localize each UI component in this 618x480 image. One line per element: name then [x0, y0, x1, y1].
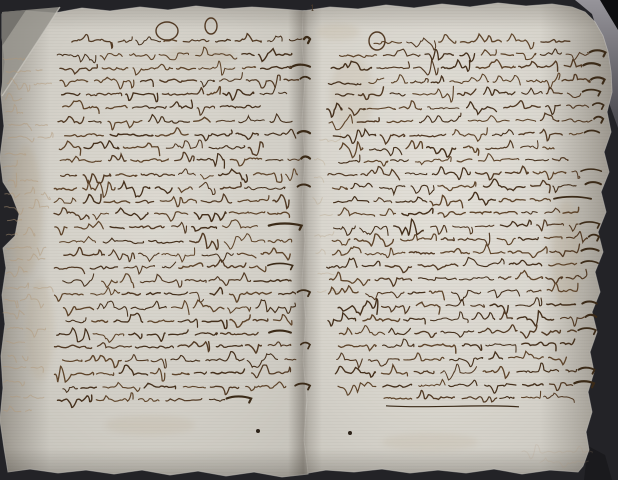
- scan-canvas: 1: [0, 0, 618, 480]
- folio-number: 1: [310, 4, 315, 13]
- manuscript-scan: 1: [0, 0, 618, 480]
